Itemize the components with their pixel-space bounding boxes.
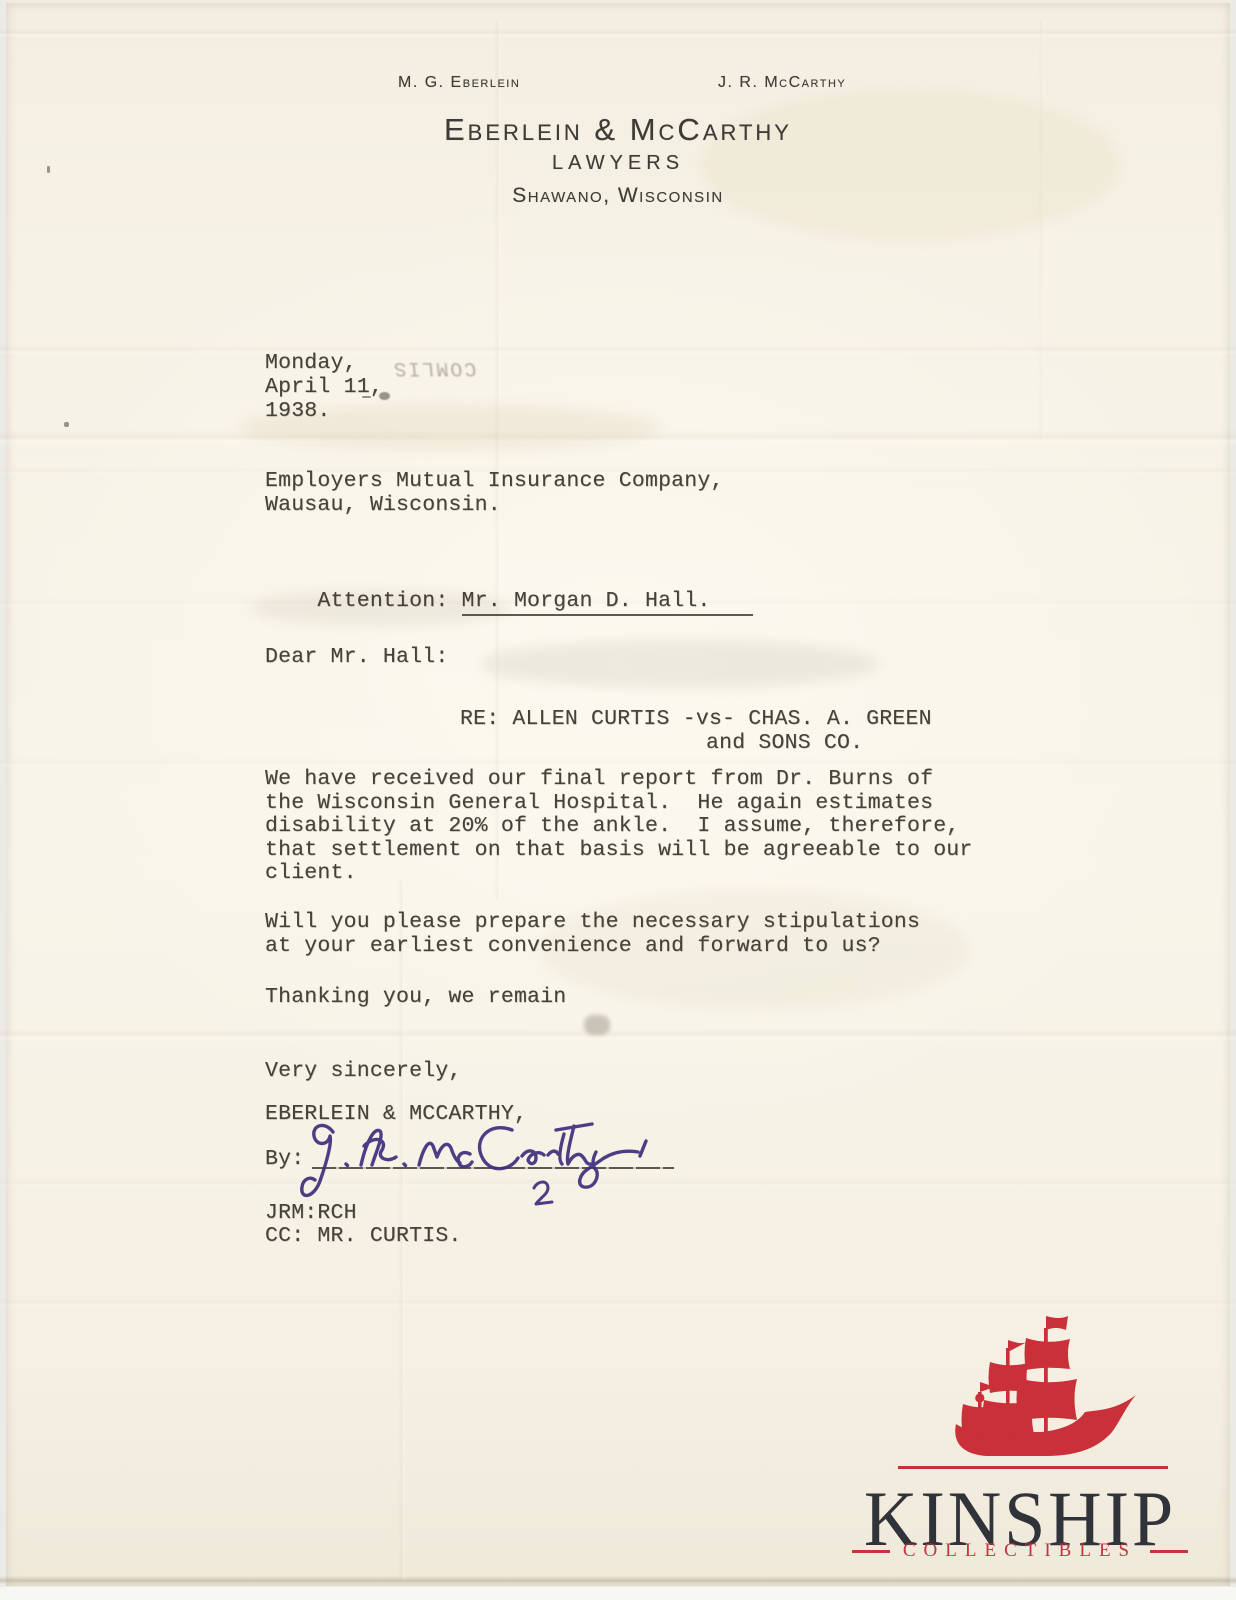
- scanned-letter: M. G. Eberlein J. R. McCarthy Eberlein &…: [0, 0, 1236, 1600]
- paper-crease: [0, 28, 1236, 38]
- kinship-watermark: KINSHIP COLLECTIBLES: [820, 1292, 1220, 1582]
- signature-handwriting: J. R. McCarthy: [295, 1112, 685, 1212]
- letterhead-firm-name: Eberlein & McCarthy: [0, 112, 1236, 148]
- ink-speck: [64, 422, 69, 427]
- cc-line: CC: MR. CURTIS.: [265, 1225, 462, 1249]
- attention-line: Attention: Mr. Morgan D. Hall.: [265, 566, 753, 640]
- recipient-company: Employers Mutual Insurance Company,: [265, 470, 724, 494]
- body-p2-line: at your earliest convenience and forward…: [265, 935, 881, 959]
- scan-edge-right: [1230, 0, 1236, 1600]
- paper-crease: [1038, 20, 1046, 440]
- letterhead-profession: LAWYERS: [0, 152, 1236, 175]
- attention-name: Mr. Morgan D. Hall.: [462, 590, 753, 617]
- tagline-dash-left: [852, 1550, 890, 1553]
- date-line-day: Monday,: [265, 352, 357, 376]
- date-line-date: April 11,: [265, 376, 383, 400]
- tagline-text: COLLECTIBLES: [903, 1540, 1137, 1562]
- recipient-city: Wausau, Wisconsin.: [265, 494, 501, 518]
- body-p1-line: that settlement on that basis will be ag…: [265, 839, 973, 863]
- tagline-dash-right: [1150, 1550, 1188, 1553]
- ink-smudge: [584, 1015, 610, 1035]
- kinship-tagline: COLLECTIBLES: [820, 1540, 1220, 1562]
- ghost-ink-transfer: COMLIS: [391, 356, 477, 379]
- closing-valediction: Very sincerely,: [265, 1060, 462, 1084]
- body-p1-line: client.: [265, 862, 357, 886]
- paper-stain: [480, 640, 880, 688]
- paper-crease: [0, 1028, 1236, 1042]
- closing-thanks: Thanking you, we remain: [265, 986, 566, 1010]
- date-line-year: 1938.: [265, 400, 331, 424]
- letterhead-location: Shawano, Wisconsin: [0, 184, 1236, 208]
- attention-label: Attention:: [317, 589, 461, 613]
- re-line-2: and SONS CO.: [706, 732, 863, 756]
- reference-initials: JRM:RCH: [265, 1202, 357, 1226]
- letterhead-partner-right: J. R. McCarthy: [718, 74, 846, 92]
- paper-crease: [0, 345, 1236, 355]
- salutation: Dear Mr. Hall:: [265, 646, 448, 670]
- sailing-ship-icon: [928, 1308, 1168, 1468]
- body-p2-line: Will you please prepare the necessary st…: [265, 911, 920, 935]
- scan-edge-bottom: [0, 1587, 1236, 1600]
- waterline-rule: [898, 1466, 1168, 1469]
- body-p1-line: disability at 20% of the ankle. I assume…: [265, 815, 959, 839]
- re-line-1: RE: ALLEN CURTIS -vs- CHAS. A. GREEN: [460, 708, 932, 732]
- letterhead-partner-left: M. G. Eberlein: [398, 74, 520, 92]
- body-p1-line: the Wisconsin General Hospital. He again…: [265, 792, 933, 816]
- body-p1-line: We have received our final report from D…: [265, 768, 933, 792]
